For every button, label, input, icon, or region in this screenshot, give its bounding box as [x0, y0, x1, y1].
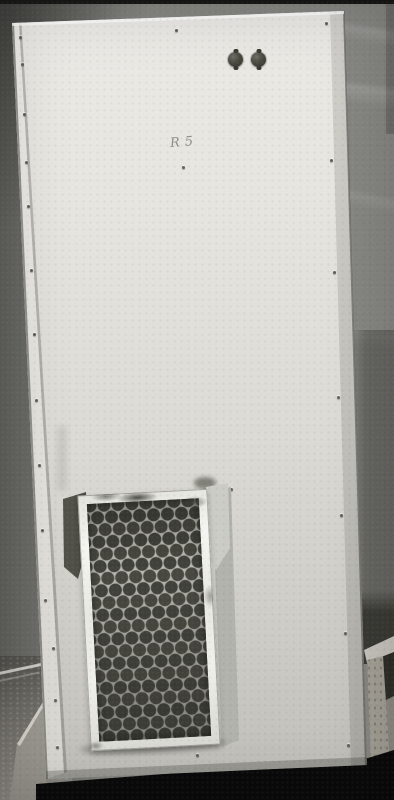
screw	[35, 399, 38, 402]
screw	[21, 63, 24, 66]
screw	[337, 396, 340, 399]
screw	[333, 271, 336, 274]
latch-knob-left	[228, 52, 243, 67]
screw	[27, 205, 30, 208]
panel-stain	[57, 426, 67, 490]
screw	[52, 647, 55, 650]
wall-edge-shade	[386, 4, 394, 134]
screw	[44, 599, 47, 602]
screw	[344, 632, 347, 635]
screw	[25, 161, 28, 164]
screw	[33, 333, 36, 336]
grille-frame-smudges	[77, 489, 220, 751]
screw	[23, 113, 26, 116]
screw	[30, 269, 33, 272]
screw	[19, 36, 22, 39]
screw	[347, 744, 350, 747]
screw	[175, 29, 178, 32]
screw	[54, 699, 57, 702]
latch-knob-right	[251, 52, 266, 67]
grille-frame	[77, 489, 220, 751]
screw	[56, 746, 59, 749]
screw	[41, 529, 44, 532]
screw	[38, 464, 41, 467]
screw	[340, 514, 343, 517]
screw	[182, 166, 185, 169]
photograph: R5	[0, 0, 394, 800]
screw	[325, 22, 328, 25]
screw	[196, 754, 199, 757]
screw	[330, 159, 333, 162]
